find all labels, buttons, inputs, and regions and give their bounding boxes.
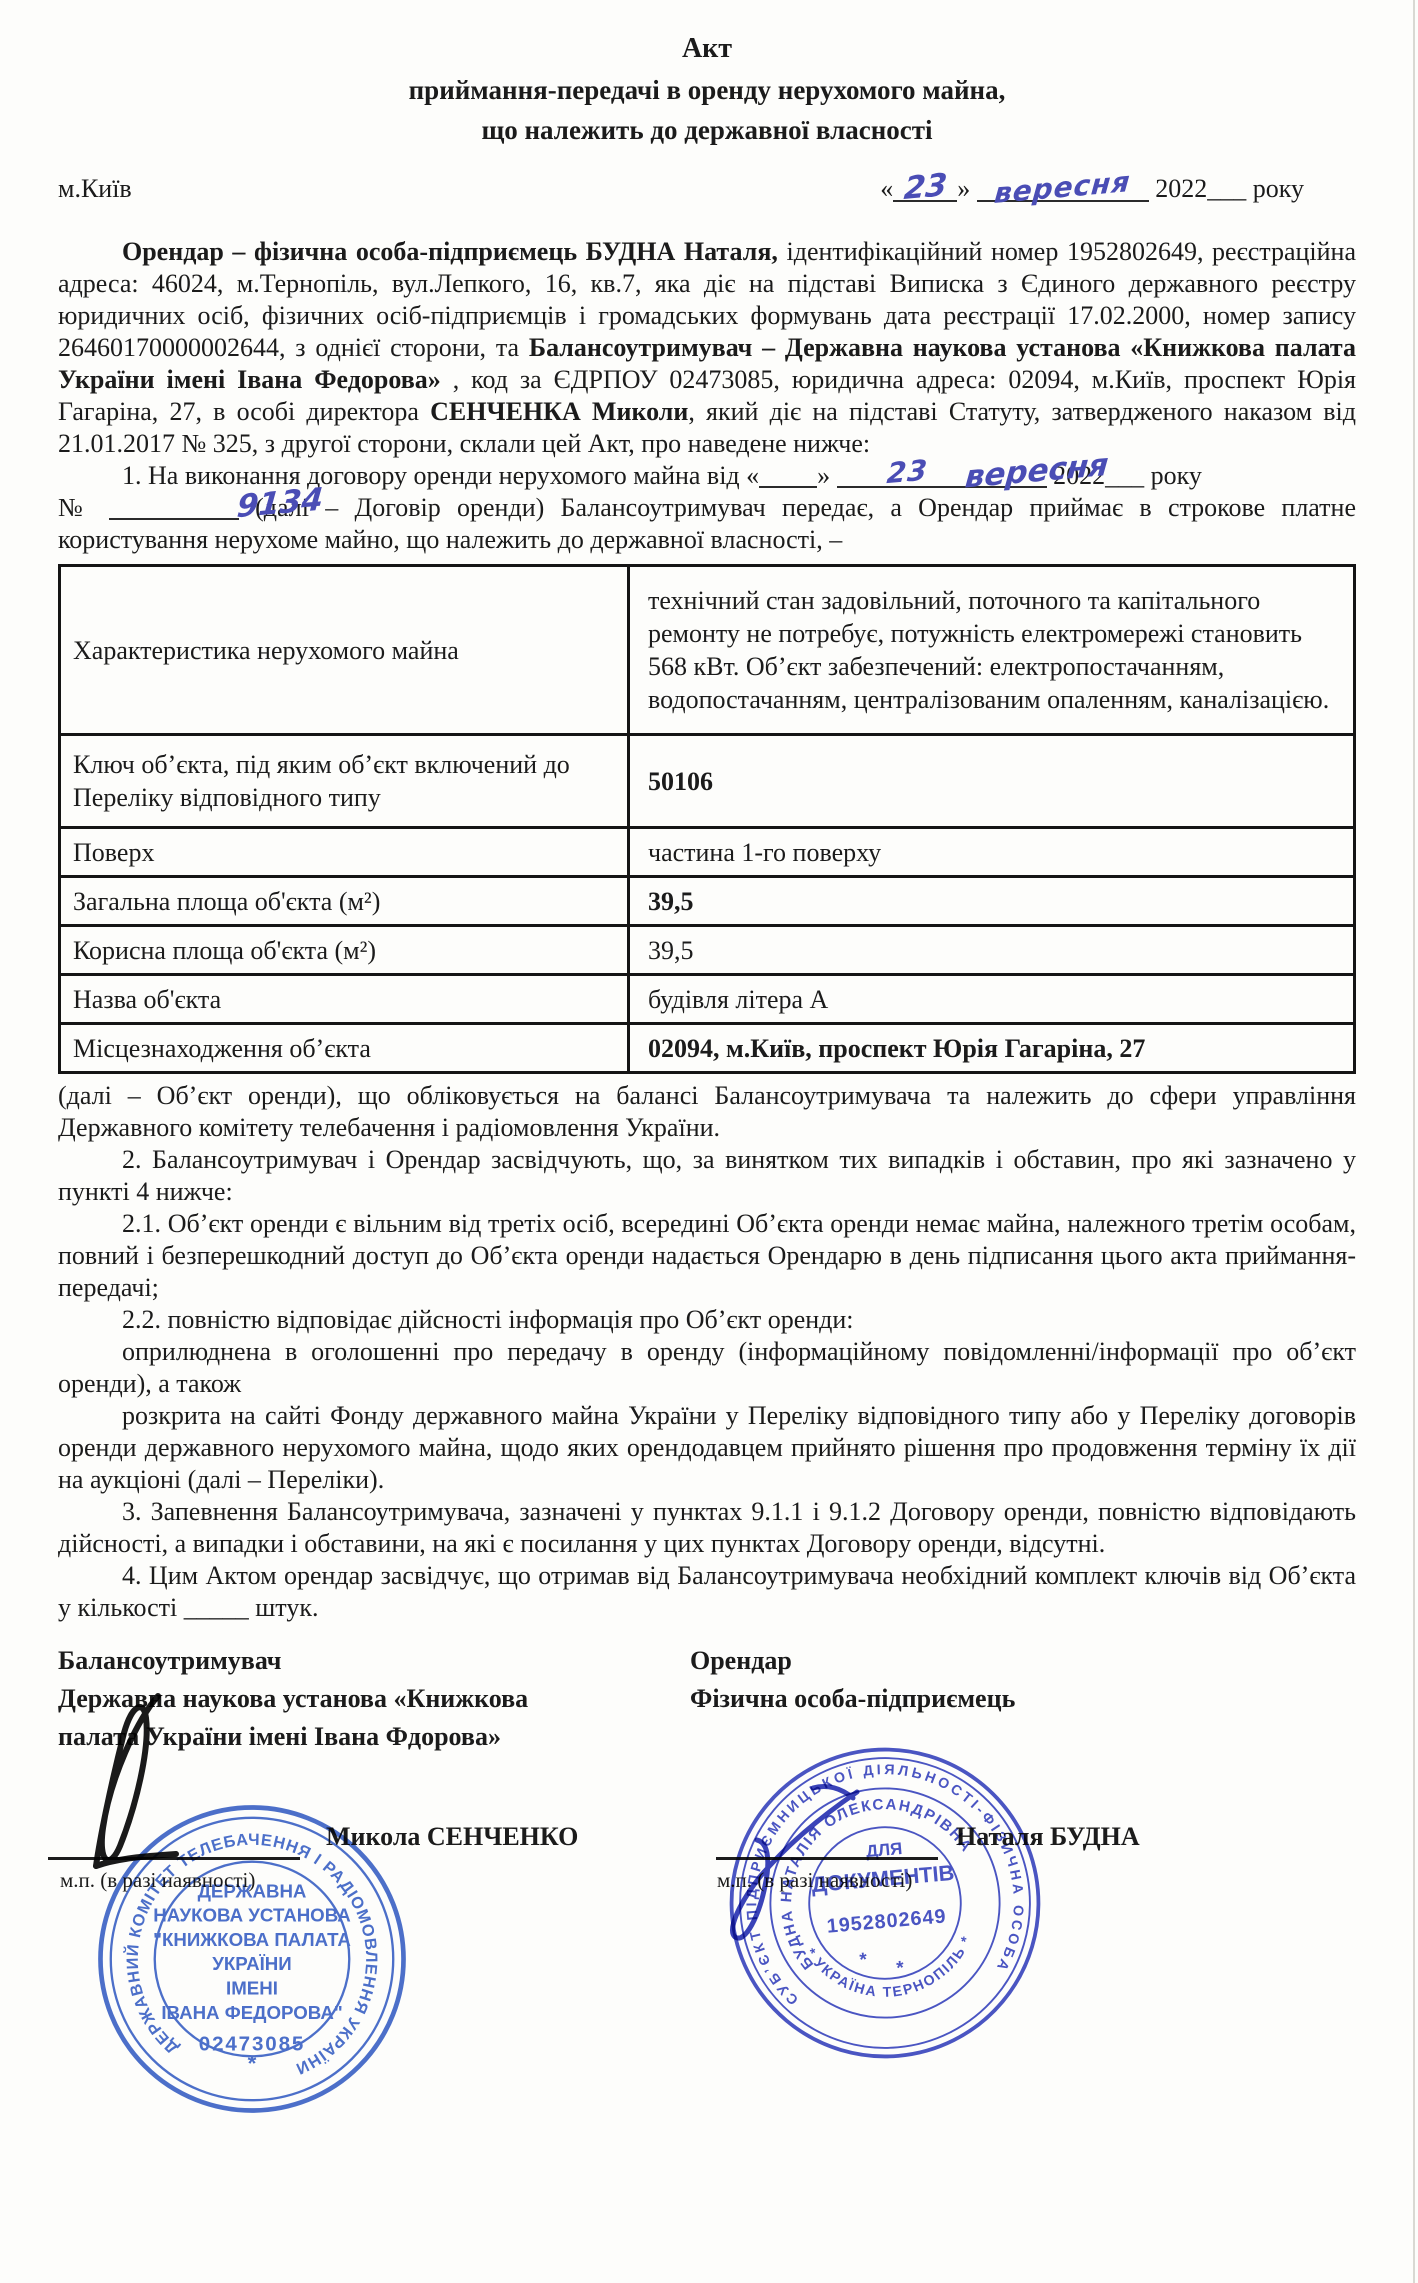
svg-text:* УКРАЇНА ТЕРНОПІЛЬ *: * УКРАЇНА ТЕРНОПІЛЬ * [801, 1932, 980, 2008]
row-label: Характеристика нерухомого майна [61, 567, 627, 733]
row-label: Поверх [61, 829, 627, 875]
contract-number-label: № [58, 493, 109, 522]
quote-close: » [957, 174, 970, 203]
day-blank: 23 [893, 174, 957, 202]
stamp-center-line: УКРАЇНИ [212, 1953, 291, 1974]
quote-open: « [880, 174, 893, 203]
lessee-org-line1: Фізична особа-підприємець [690, 1680, 1356, 1718]
stamp-center-line: "КНИЖКОВА ПАЛАТА [153, 1929, 351, 1950]
row-value: 39,5 [627, 878, 1353, 924]
table-row: Ключ об’єкта, під яким об’єкт включений … [61, 733, 1353, 826]
handwritten-contract-month: вересня [901, 465, 1108, 483]
table-row: Загальна площа об'єкта (м²)39,5 [61, 875, 1353, 924]
handwritten-day: 23 [904, 185, 947, 189]
balance-holder-role: Балансоутримувач [58, 1642, 690, 1680]
row-value: частина 1-го поверху [627, 829, 1353, 875]
stamp-center-dlya: ДЛЯ [865, 1839, 903, 1861]
stamp-city-ring-text: * УКРАЇНА ТЕРНОПІЛЬ * [801, 1932, 980, 2008]
stamp-edrpou-code: 02473085 [199, 2033, 305, 2056]
paragraph-point-2-2: 2.2. повністю відповідає дійсності інфор… [58, 1304, 1356, 1336]
row-label: Місцезнаходження об’єкта [61, 1025, 627, 1071]
paragraph-point-2-1: 2.1. Об’єкт оренди є вільним від третіх … [58, 1208, 1356, 1304]
month-blank: вересня [977, 174, 1149, 202]
director-name-bold: СЕНЧЕНКА Миколи [430, 397, 688, 426]
title-line-2: приймання-передачі в оренду нерухомого м… [58, 70, 1356, 110]
date-fill-in: «23» вересня 2022___ року [880, 174, 1304, 204]
paragraph-point-4: 4. Цим Актом орендар засвідчує, що отрим… [58, 1560, 1356, 1624]
city-date-row: м.Київ «23» вересня 2022___ року [58, 174, 1356, 204]
signature-scribble-right [695, 1782, 870, 1942]
table-row: Поверхчастина 1-го поверху [61, 826, 1353, 875]
row-value: 02094, м.Київ, проспект Юрія Гагаріна, 2… [627, 1025, 1353, 1071]
row-label: Назва об'єкта [61, 976, 627, 1022]
stamp-center-line: НАУКОВА УСТАНОВА [153, 1905, 351, 1926]
table-row: Корисна площа об'єкта (м²)39,5 [61, 924, 1353, 973]
row-value: 39,5 [627, 927, 1353, 973]
table-row: Місцезнаходження об’єкта02094, м.Київ, п… [61, 1022, 1353, 1071]
row-label: Ключ об’єкта, під яким об’єкт включений … [61, 736, 627, 826]
title-line-3: що належить до державної власності [58, 110, 1356, 150]
city-label: м.Київ [58, 174, 132, 204]
stamp-center-line: ІМЕНІ [226, 1978, 278, 1999]
paragraph-point-3: 3. Запевнення Балансоутримувача, зазначе… [58, 1496, 1356, 1560]
contract-day-blank: 23 [759, 460, 817, 488]
year-text: 2022___ року [1149, 174, 1304, 203]
paragraph-point-2: 2. Балансоутримувач і Орендар засвідчуют… [58, 1144, 1356, 1208]
title-line-1: Акт [58, 28, 1356, 70]
stamp-center-line: ІВАНА ФЕДОРОВА" [161, 2002, 342, 2023]
paragraph-disclosed: розкрита на сайті Фонду державного майна… [58, 1400, 1356, 1496]
handwritten-month: вересня [995, 182, 1131, 194]
handwritten-contract-number: 9134 [173, 499, 323, 512]
contract-month-blank: вересня [837, 460, 1047, 488]
document-content: Акт приймання-передачі в оренду нерухомо… [58, 0, 1356, 1624]
scanned-act-document: Акт приймання-передачі в оренду нерухомо… [0, 0, 1418, 2283]
stamp-star: * [896, 1958, 906, 1980]
paragraph-after-table: (далі – Об’єкт оренди), що обліковується… [58, 1080, 1356, 1144]
signature-scribble-left [58, 1688, 268, 1888]
lessee-role: Орендар [690, 1642, 1356, 1680]
row-label: Загальна площа об'єкта (м²) [61, 878, 627, 924]
paragraph-parties: Орендар – фізична особа-підприємець БУДН… [58, 236, 1356, 460]
row-value: будівля літера А [627, 976, 1353, 1022]
stamp-star: * [859, 1949, 869, 1971]
table-row: Назва об'єктабудівля літера А [61, 973, 1353, 1022]
paragraph-point-1: 1. На виконання договору оренди нерухомо… [58, 460, 1356, 556]
row-label: Корисна площа об'єкта (м²) [61, 927, 627, 973]
row-value: 50106 [627, 736, 1353, 826]
row-value: технічний стан задовільний, поточного та… [627, 567, 1353, 733]
point1-text-a: 1. На виконання договору оренди нерухомо… [122, 461, 759, 490]
contract-number-blank: 9134 [109, 492, 239, 520]
point1-text-b: » [817, 461, 837, 490]
property-table: Характеристика нерухомого майнатехнічний… [58, 564, 1356, 1074]
paragraph-published: оприлюднена в оголошенні про передачу в … [58, 1336, 1356, 1400]
lessee-bold: Орендар – фізична особа-підприємець БУДН… [122, 237, 778, 266]
table-row: Характеристика нерухомого майнатехнічний… [61, 567, 1353, 733]
document-title: Акт приймання-передачі в оренду нерухомо… [58, 0, 1356, 150]
